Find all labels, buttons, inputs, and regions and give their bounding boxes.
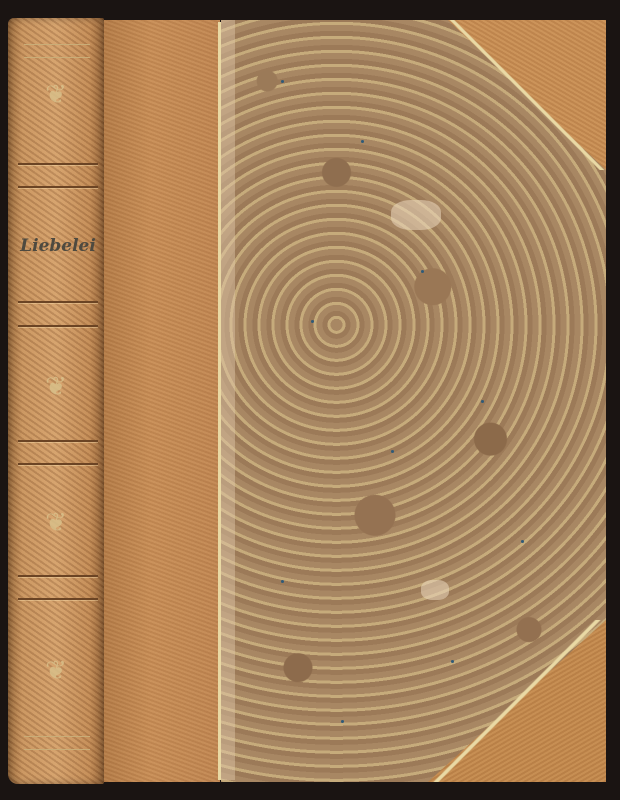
spine-band	[18, 440, 98, 442]
spine-band	[18, 325, 98, 327]
spine-band	[18, 163, 98, 165]
spine-band	[18, 575, 98, 577]
spine-band	[18, 598, 98, 600]
spine-band	[18, 301, 98, 303]
floral-ornament-icon: ❦	[28, 78, 84, 112]
floral-ornament-icon: ❦	[28, 370, 84, 404]
spine-bottom-fillet	[24, 736, 90, 750]
cover-leather-strip	[104, 20, 220, 782]
floral-ornament-icon: ❦	[28, 654, 84, 688]
spine-band	[18, 186, 98, 188]
corner-gilt-edge	[448, 20, 606, 170]
spine-title: Liebelei	[12, 236, 104, 256]
corner-gilt-edge	[428, 620, 606, 782]
book-spine: ❦ Liebelei ❦ ❦ ❦	[8, 18, 104, 784]
spine-top-fillet	[24, 44, 90, 58]
floral-ornament-icon: ❦	[28, 506, 84, 540]
spine-band	[18, 463, 98, 465]
book: ❦ Liebelei ❦ ❦ ❦	[8, 18, 608, 786]
